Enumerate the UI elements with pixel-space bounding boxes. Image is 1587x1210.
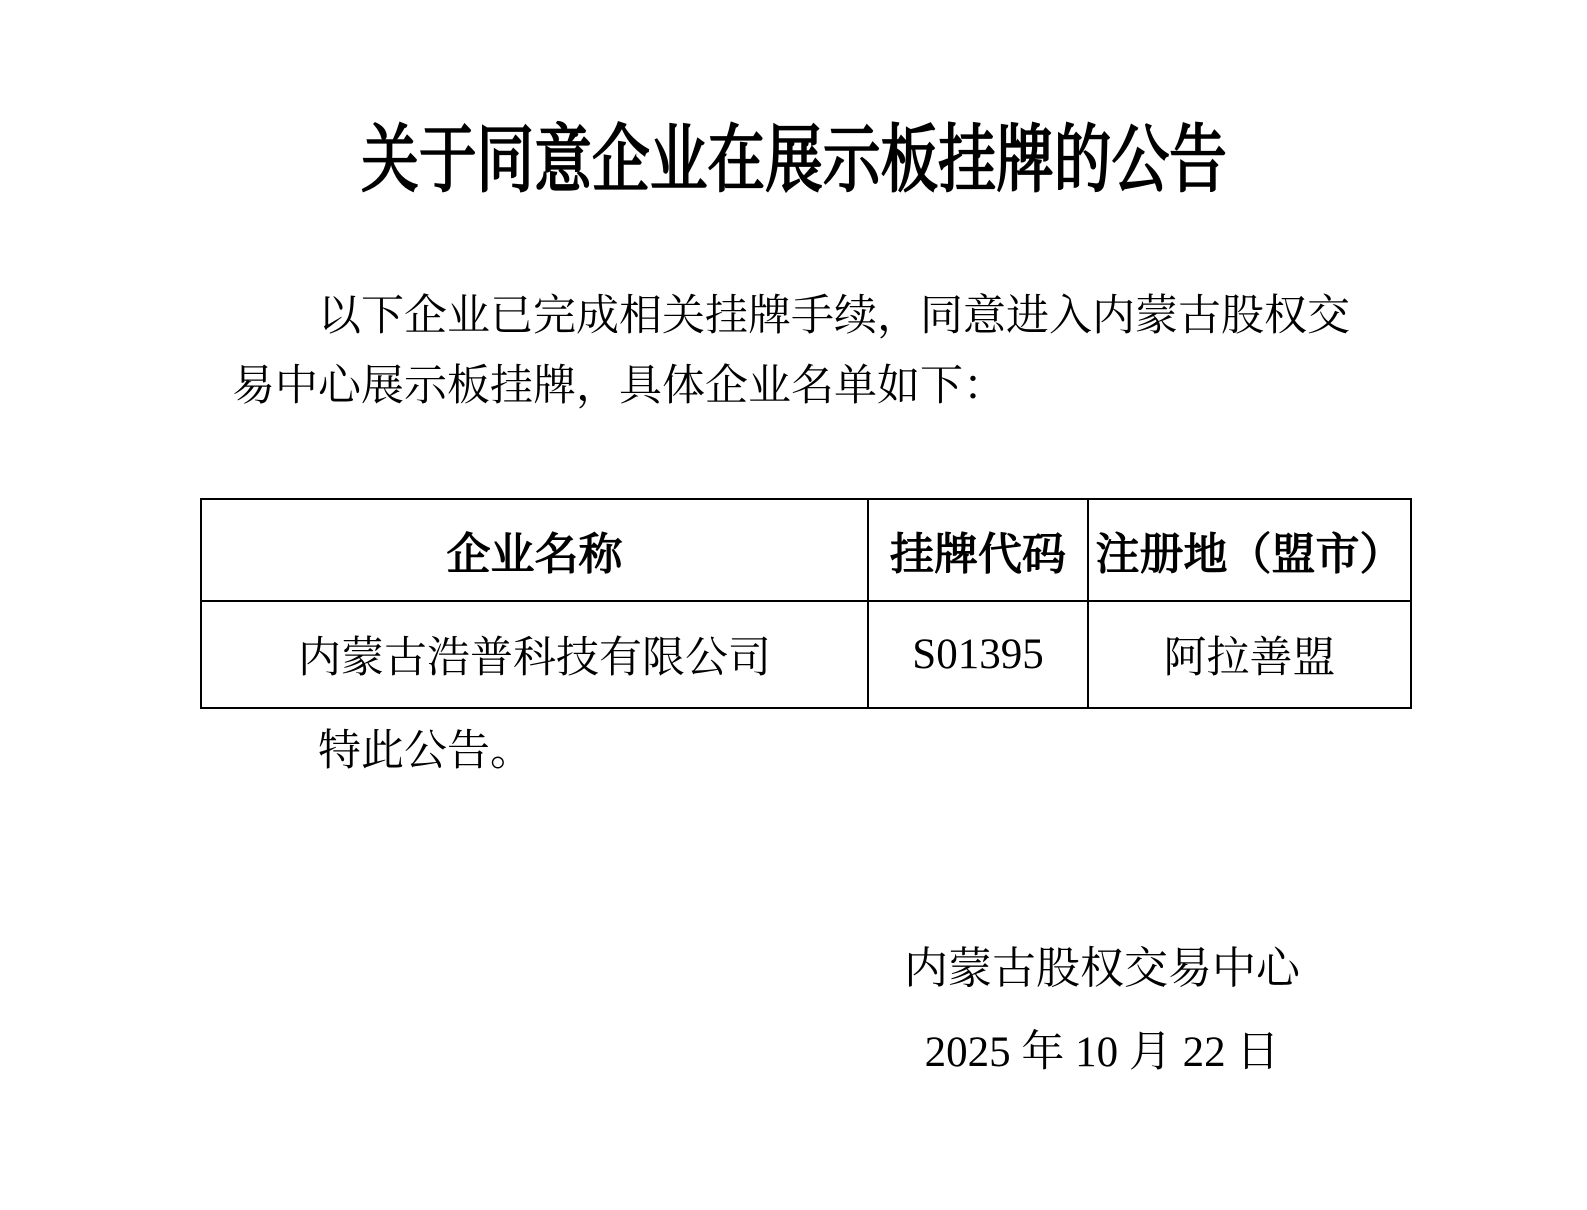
cell-company-name: 内蒙古浩普科技有限公司 xyxy=(201,601,868,708)
signature-block: 内蒙古股权交易中心 2025 年 10 月 22 日 xyxy=(900,939,1304,1083)
signature-org: 内蒙古股权交易中心 xyxy=(900,939,1304,999)
document-page: 关于同意企业在展示板挂牌的公告 以下企业已完成相关挂牌手续，同意进入内蒙古股权交… xyxy=(0,0,1587,1210)
paragraph-line-1: 以下企业已完成相关挂牌手续，同意进入内蒙古股权交 xyxy=(232,282,1397,352)
table-row: 内蒙古浩普科技有限公司 S01395 阿拉善盟 xyxy=(201,601,1411,708)
page-title: 关于同意企业在展示板挂牌的公告 xyxy=(361,124,1227,198)
paragraph-line-2: 易中心展示板挂牌，具体企业名单如下： xyxy=(232,352,1397,422)
companies-table: 企业名称 挂牌代码 注册地（盟市） 内蒙古浩普科技有限公司 S01395 阿拉善… xyxy=(200,498,1412,709)
col-header-registration-place: 注册地（盟市） xyxy=(1088,499,1411,601)
signature-date: 2025 年 10 月 22 日 xyxy=(900,1023,1304,1083)
cell-registration-place: 阿拉善盟 xyxy=(1088,601,1411,708)
companies-table-wrap: 企业名称 挂牌代码 注册地（盟市） 内蒙古浩普科技有限公司 S01395 阿拉善… xyxy=(200,498,1410,709)
col-header-listing-code: 挂牌代码 xyxy=(868,499,1088,601)
body-paragraph: 以下企业已完成相关挂牌手续，同意进入内蒙古股权交 易中心展示板挂牌，具体企业名单… xyxy=(232,282,1397,422)
col-header-company-name: 企业名称 xyxy=(201,499,868,601)
title-row: 关于同意企业在展示板挂牌的公告 xyxy=(0,0,1587,198)
closing-note: 特此公告。 xyxy=(232,717,1587,787)
cell-listing-code: S01395 xyxy=(868,601,1088,708)
table-header-row: 企业名称 挂牌代码 注册地（盟市） xyxy=(201,499,1411,601)
